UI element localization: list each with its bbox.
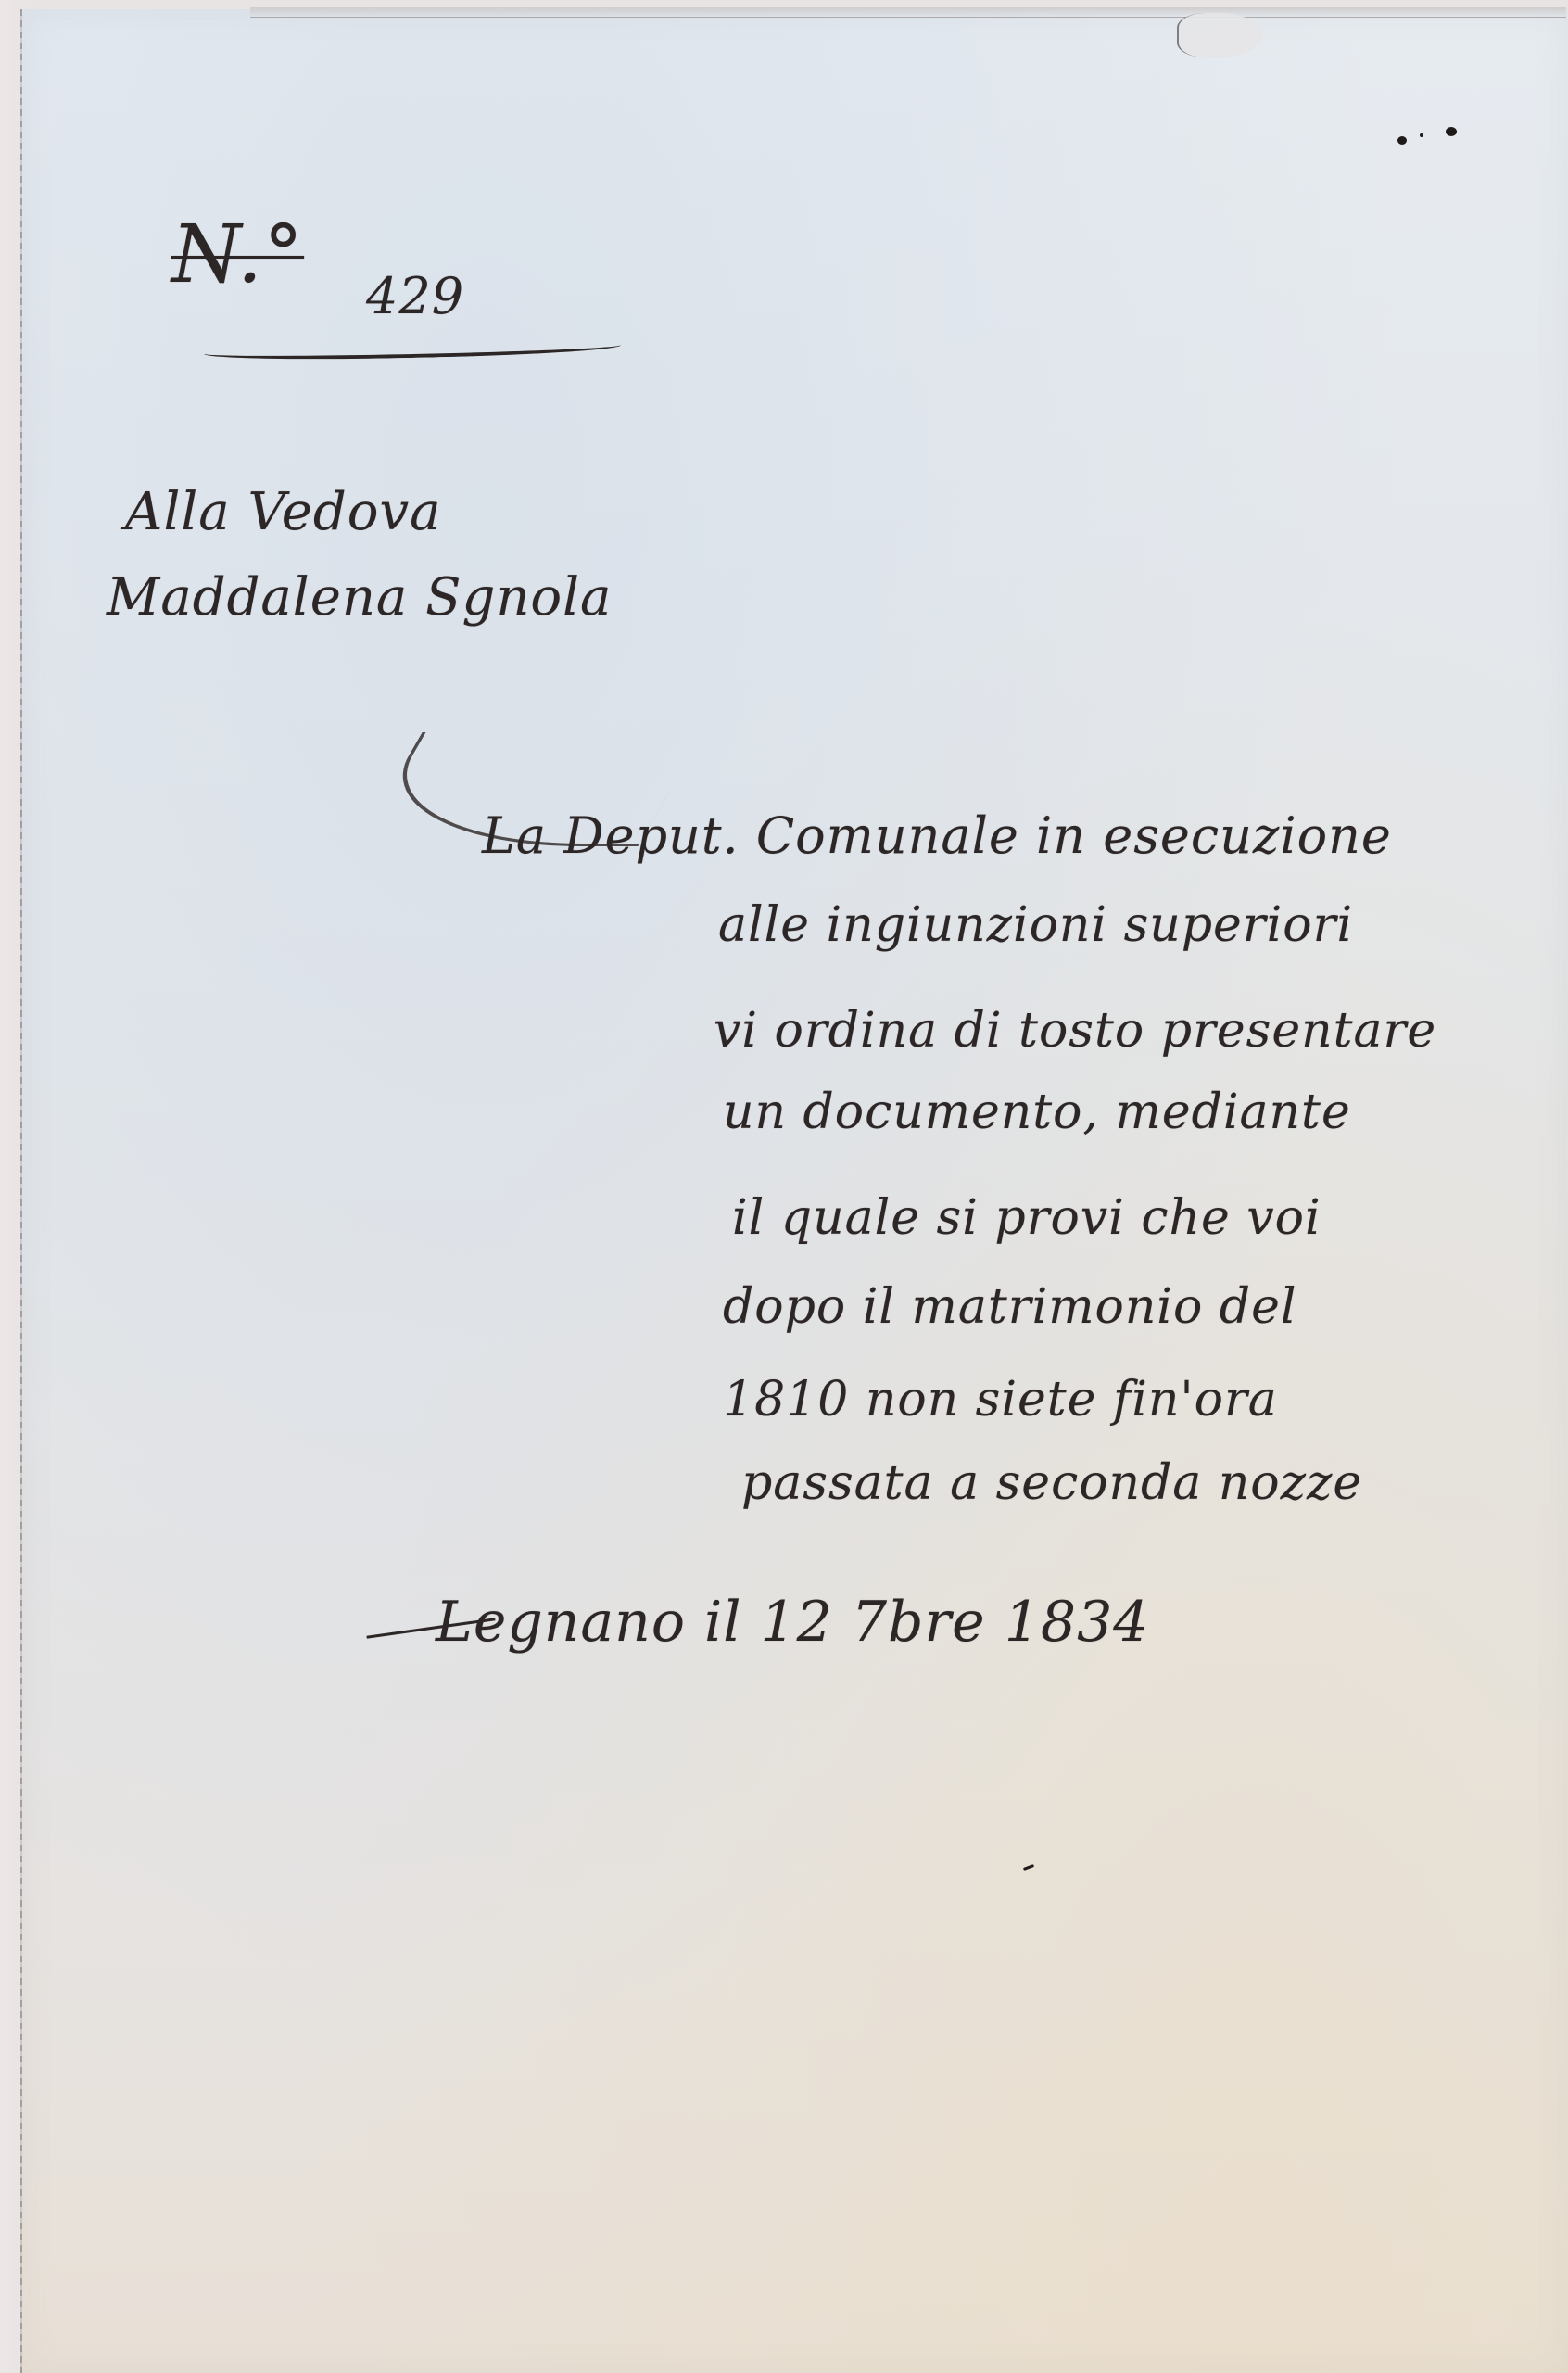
paper-torn-left-edge xyxy=(20,9,22,2373)
ink-spot xyxy=(1446,127,1457,136)
body-line-5: il quale si provi che voi xyxy=(732,1190,1321,1246)
body-line-8: passata a seconda nozze xyxy=(741,1455,1362,1511)
paper-top-edge xyxy=(250,7,1566,18)
body-line-6: dopo il matrimonio del xyxy=(723,1279,1296,1335)
body-line-2: alle ingiunzioni superiori xyxy=(718,897,1353,953)
body-line-7: 1810 non siete fin'ora xyxy=(723,1372,1278,1428)
body-line-1: La Deput. Comunale in esecuzione xyxy=(482,806,1392,865)
document-number-prefix: N.° xyxy=(171,209,304,301)
place-and-date: Legnano il 12 7bre 1834 xyxy=(436,1590,1149,1655)
document-number: 429 xyxy=(366,267,464,325)
ink-spot xyxy=(1420,133,1423,137)
body-line-3: vi ordina di tosto presentare xyxy=(714,1003,1436,1059)
addressee-line-2: Maddalena Sgnola xyxy=(107,567,612,628)
body-line-4: un documento, mediante xyxy=(723,1085,1351,1140)
ink-spot xyxy=(1397,136,1407,145)
paper-tear-mark xyxy=(1177,13,1262,57)
addressee-line-1: Alla Vedova xyxy=(125,482,441,542)
